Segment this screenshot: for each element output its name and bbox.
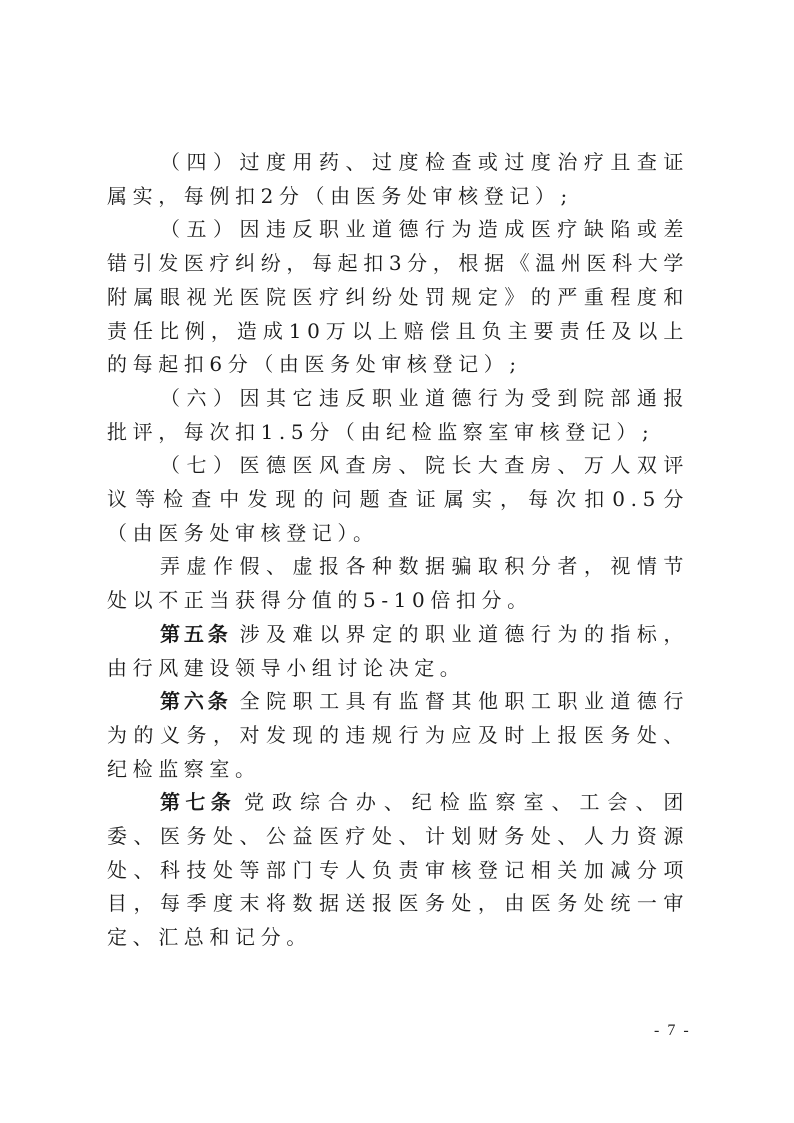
article-7: 第七条党政综合办、纪检监察室、工会、团委、医务处、公益医疗处、计划财务处、人力资… xyxy=(107,786,689,955)
paragraph-text: （四）过度用药、过度检查或过度治疗且查证属实，每例扣2分（由医务处审核登记）; xyxy=(107,150,689,208)
article-heading: 第五条 xyxy=(160,622,232,646)
page-number: - 7 - xyxy=(654,1022,691,1040)
article-6: 第六条全院职工具有监督其他职工职业道德行为的义务，对发现的违规行为应及时上报医务… xyxy=(107,685,689,786)
article-text: 党政综合办、纪检监察室、工会、团委、医务处、公益医疗处、计划财务处、人力资源处、… xyxy=(107,790,689,949)
paragraph-item-7: （七）医德医风查房、院长大查房、万人双评议等检查中发现的问题查证属实，每次扣0.… xyxy=(107,449,689,550)
document-body: （四）过度用药、过度检查或过度治疗且查证属实，每例扣2分（由医务处审核登记）; … xyxy=(107,146,689,955)
paragraph-fraud-penalty: 弄虚作假、虚报各种数据骗取积分者，视情节处以不正当获得分值的5-10倍扣分。 xyxy=(107,550,689,617)
paragraph-text: （七）医德医风查房、院长大查房、万人双评议等检查中发现的问题查证属实，每次扣0.… xyxy=(107,453,689,544)
paragraph-item-6: （六）因其它违反职业道德行为受到院部通报批评，每次扣1.5分（由纪检监察室审核登… xyxy=(107,382,689,449)
paragraph-item-4: （四）过度用药、过度检查或过度治疗且查证属实，每例扣2分（由医务处审核登记）; xyxy=(107,146,689,213)
article-heading: 第六条 xyxy=(160,689,232,713)
article-5: 第五条涉及难以界定的职业道德行为的指标，由行风建设领导小组讨论决定。 xyxy=(107,618,689,685)
paragraph-text: （五）因违反职业道德行为造成医疗缺陷或差错引发医疗纠纷，每起扣3分，根据《温州医… xyxy=(107,217,689,376)
paragraph-text: 弄虚作假、虚报各种数据骗取积分者，视情节处以不正当获得分值的5-10倍扣分。 xyxy=(107,554,689,612)
article-heading: 第七条 xyxy=(160,790,236,814)
paragraph-item-5: （五）因违反职业道德行为造成医疗缺陷或差错引发医疗纠纷，每起扣3分，根据《温州医… xyxy=(107,213,689,382)
paragraph-text: （六）因其它违反职业道德行为受到院部通报批评，每次扣1.5分（由纪检监察室审核登… xyxy=(107,386,689,444)
